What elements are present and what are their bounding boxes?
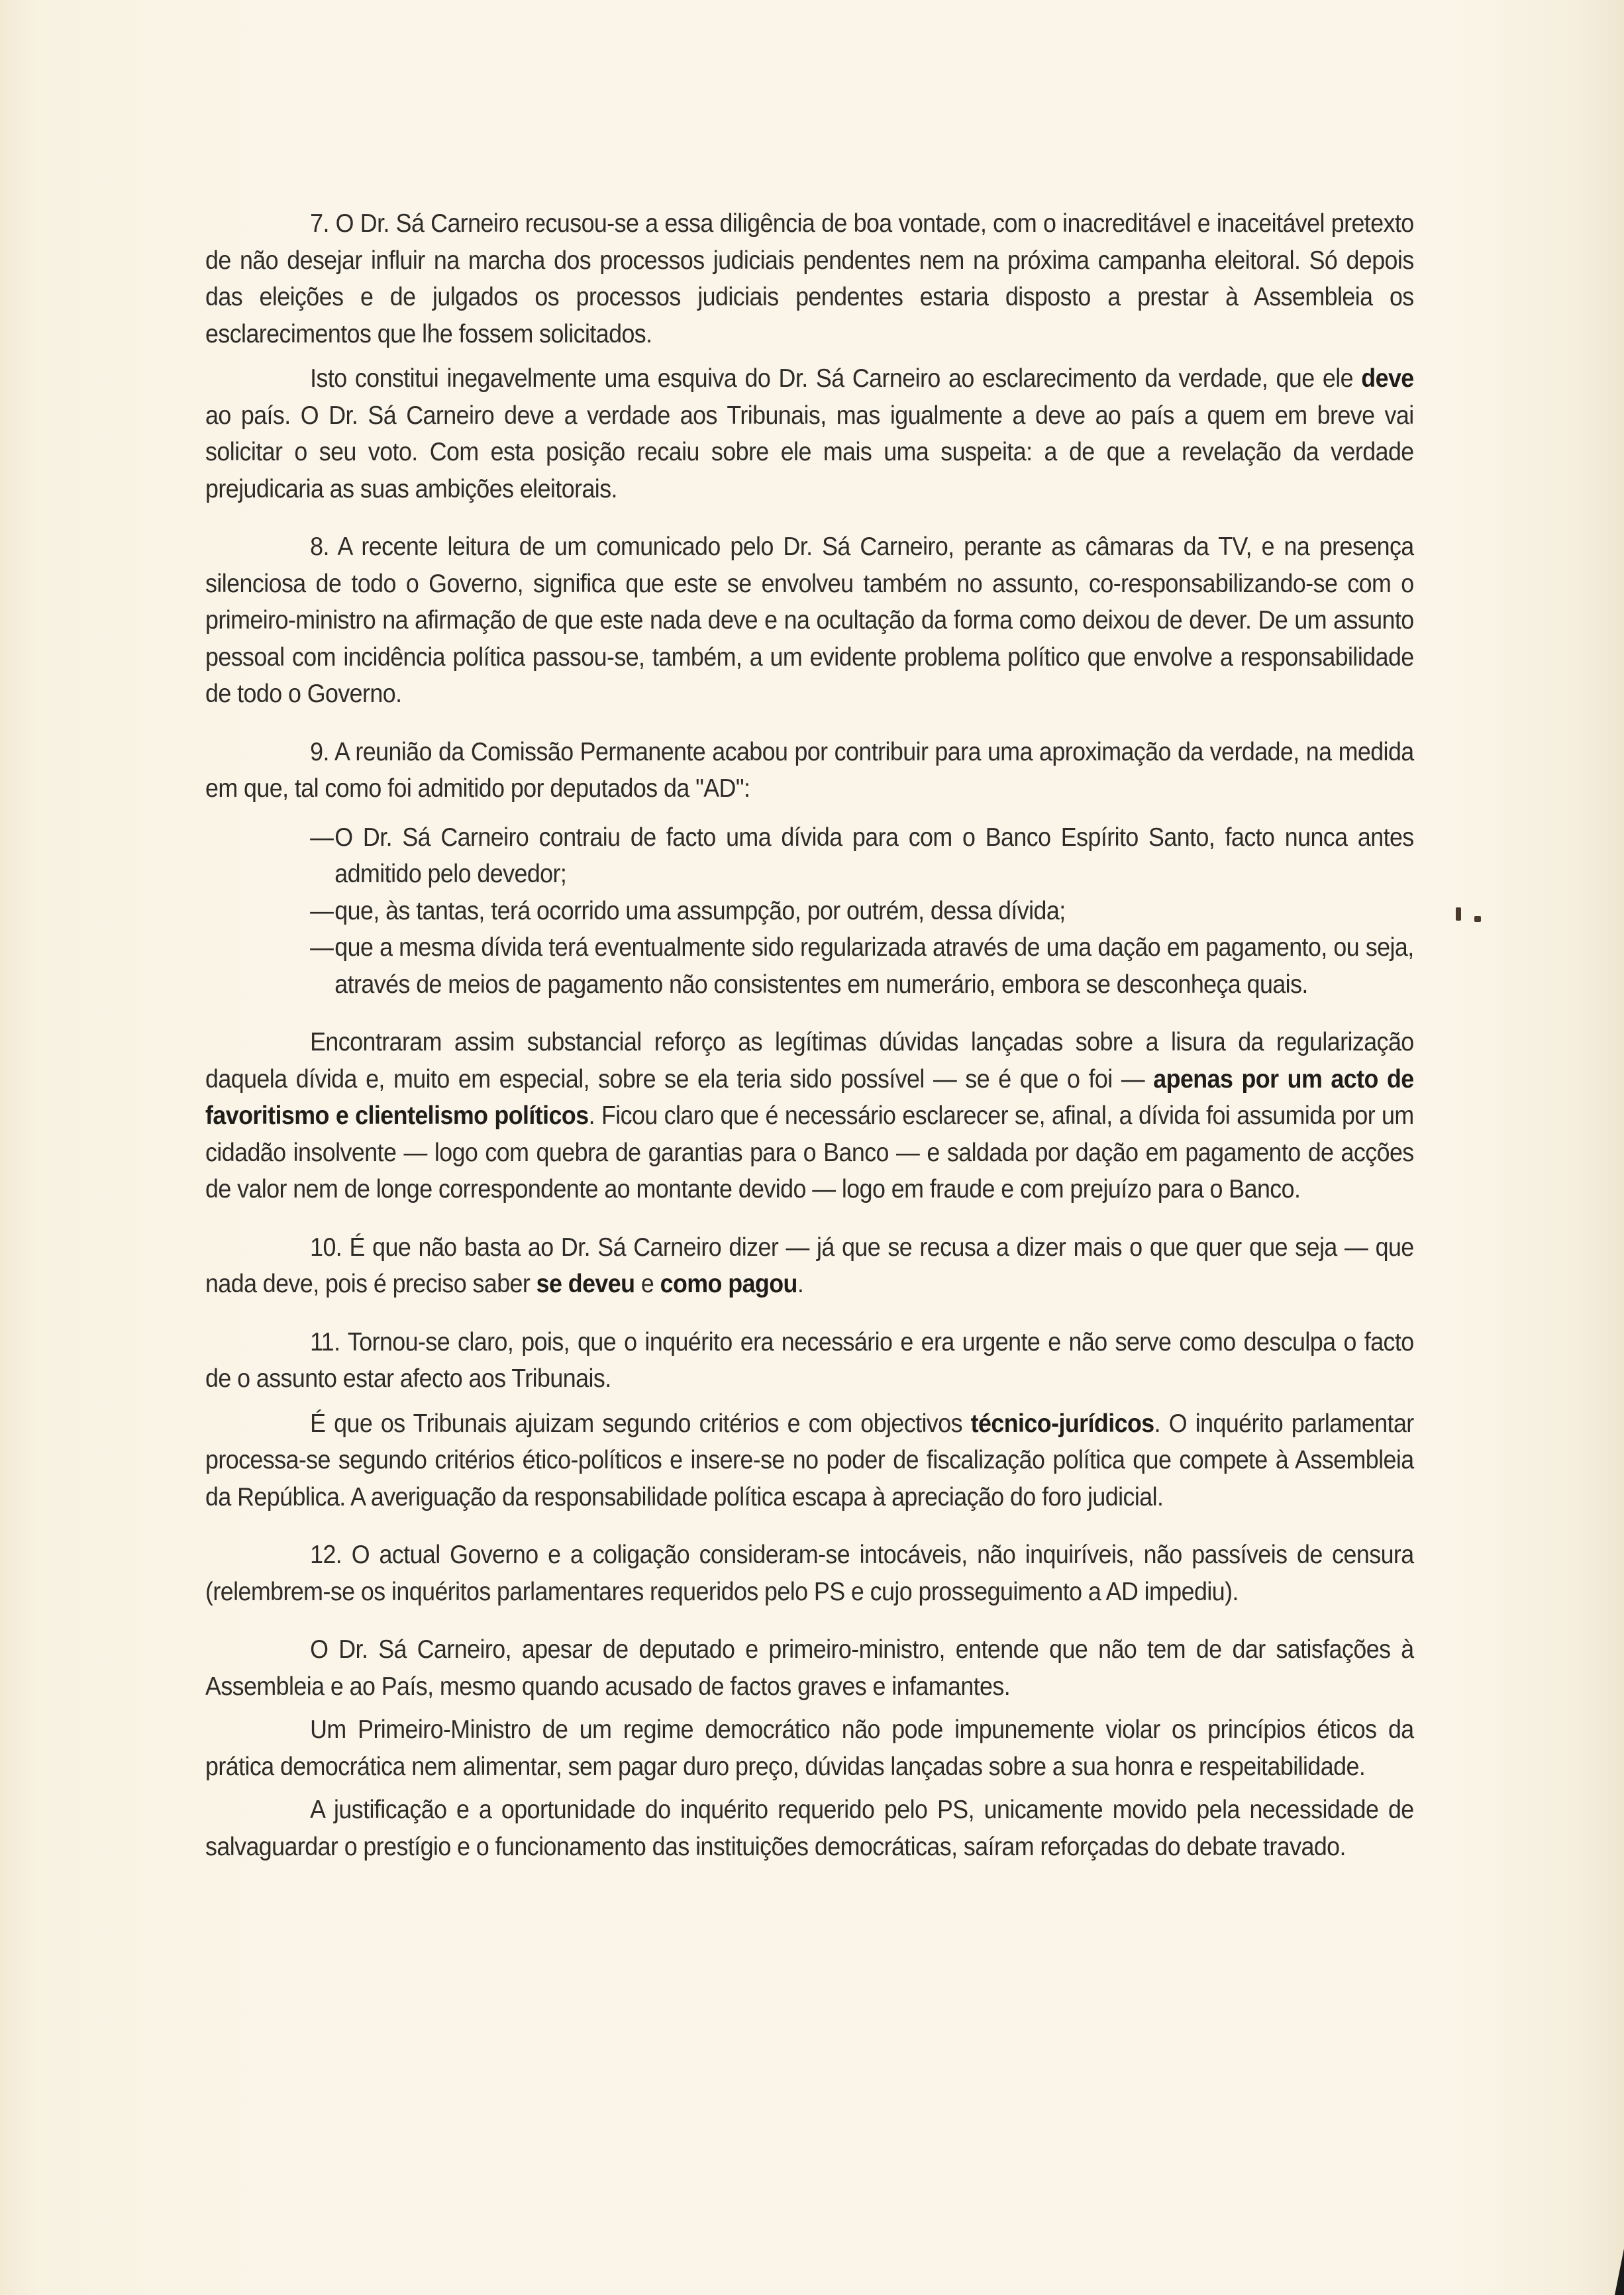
- paragraph: Um Primeiro-Ministro de um regime democr…: [205, 1711, 1414, 1785]
- section-7: 7. O Dr. Sá Carneiro recusou-se a essa d…: [205, 205, 1414, 507]
- paragraph-text: .: [797, 1270, 803, 1298]
- paragraph-text: 9. A reunião da Comissão Permanente acab…: [205, 738, 1414, 803]
- section-12: 12. O actual Governo e a coligação consi…: [205, 1537, 1414, 1865]
- paragraph: 9. A reunião da Comissão Permanente acab…: [205, 734, 1414, 807]
- paragraph-text: É que os Tribunais ajuizam segundo crité…: [310, 1409, 971, 1438]
- emphasis-text: como pagou: [660, 1270, 797, 1298]
- list-item-text: que, às tantas, terá ocorrido uma assump…: [334, 897, 1065, 925]
- list-item-text: O Dr. Sá Carneiro contraiu de facto uma …: [334, 823, 1413, 889]
- paragraph-text: ao país. O Dr. Sá Carneiro deve a verdad…: [205, 401, 1414, 503]
- paragraph: 11. Tornou-se claro, pois, que o inquéri…: [205, 1324, 1414, 1398]
- dash-marker: —: [310, 893, 334, 930]
- paragraph: Isto constitui inegavelmente uma esquiva…: [205, 360, 1414, 507]
- section-11: 11. Tornou-se claro, pois, que o inquéri…: [205, 1324, 1414, 1516]
- paragraph: 10. É que não basta ao Dr. Sá Carneiro d…: [205, 1229, 1414, 1303]
- paragraph-text: 12. O actual Governo e a coligação consi…: [205, 1541, 1414, 1606]
- paragraph: Encontraram assim substancial reforço as…: [205, 1024, 1414, 1208]
- paragraph: 8. A recente leitura de um comunicado pe…: [205, 529, 1414, 713]
- document-body: 7. O Dr. Sá Carneiro recusou-se a essa d…: [205, 205, 1414, 1865]
- paper-speck: [1474, 916, 1481, 922]
- paragraph-text: Isto constitui inegavelmente uma esquiva…: [310, 364, 1361, 393]
- paragraph-text: 7. O Dr. Sá Carneiro recusou-se a essa d…: [205, 209, 1414, 348]
- paper-speck: [1456, 907, 1461, 921]
- bullet-list: —O Dr. Sá Carneiro contraiu de facto uma…: [205, 819, 1414, 1003]
- emphasis-text: deve: [1361, 364, 1413, 393]
- list-item: —O Dr. Sá Carneiro contraiu de facto uma…: [205, 819, 1414, 893]
- paragraph-text: Um Primeiro-Ministro de um regime democr…: [205, 1715, 1414, 1781]
- list-item: —que, às tantas, terá ocorrido uma assum…: [205, 893, 1414, 930]
- scan-corner-shadow: [1615, 2249, 1624, 2295]
- section-8: 8. A recente leitura de um comunicado pe…: [205, 529, 1414, 713]
- paragraph-text: 11. Tornou-se claro, pois, que o inquéri…: [205, 1328, 1414, 1394]
- paragraph-text: A justificação e a oportunidade do inqué…: [205, 1796, 1414, 1861]
- section-9: 9. A reunião da Comissão Permanente acab…: [205, 734, 1414, 1208]
- paragraph: O Dr. Sá Carneiro, apesar de deputado e …: [205, 1631, 1414, 1705]
- paragraph: 7. O Dr. Sá Carneiro recusou-se a essa d…: [205, 205, 1414, 352]
- section-10: 10. É que não basta ao Dr. Sá Carneiro d…: [205, 1229, 1414, 1303]
- emphasis-text: se deveu: [536, 1270, 635, 1298]
- paragraph-text: 10. É que não basta ao Dr. Sá Carneiro d…: [205, 1233, 1414, 1299]
- list-item-text: que a mesma dívida terá eventualmente si…: [334, 933, 1413, 999]
- paragraph-text: O Dr. Sá Carneiro, apesar de deputado e …: [205, 1635, 1414, 1701]
- emphasis-text: técnico-jurídicos: [971, 1409, 1154, 1438]
- dash-marker: —: [310, 819, 334, 856]
- paragraph-text: e: [634, 1270, 660, 1298]
- paragraph-text: 8. A recente leitura de um comunicado pe…: [205, 533, 1414, 708]
- paragraph: 12. O actual Governo e a coligação consi…: [205, 1537, 1414, 1610]
- dash-marker: —: [310, 929, 334, 966]
- list-item: —que a mesma dívida terá eventualmente s…: [205, 929, 1414, 1003]
- paragraph: A justificação e a oportunidade do inqué…: [205, 1792, 1414, 1865]
- paragraph: É que os Tribunais ajuizam segundo crité…: [205, 1405, 1414, 1516]
